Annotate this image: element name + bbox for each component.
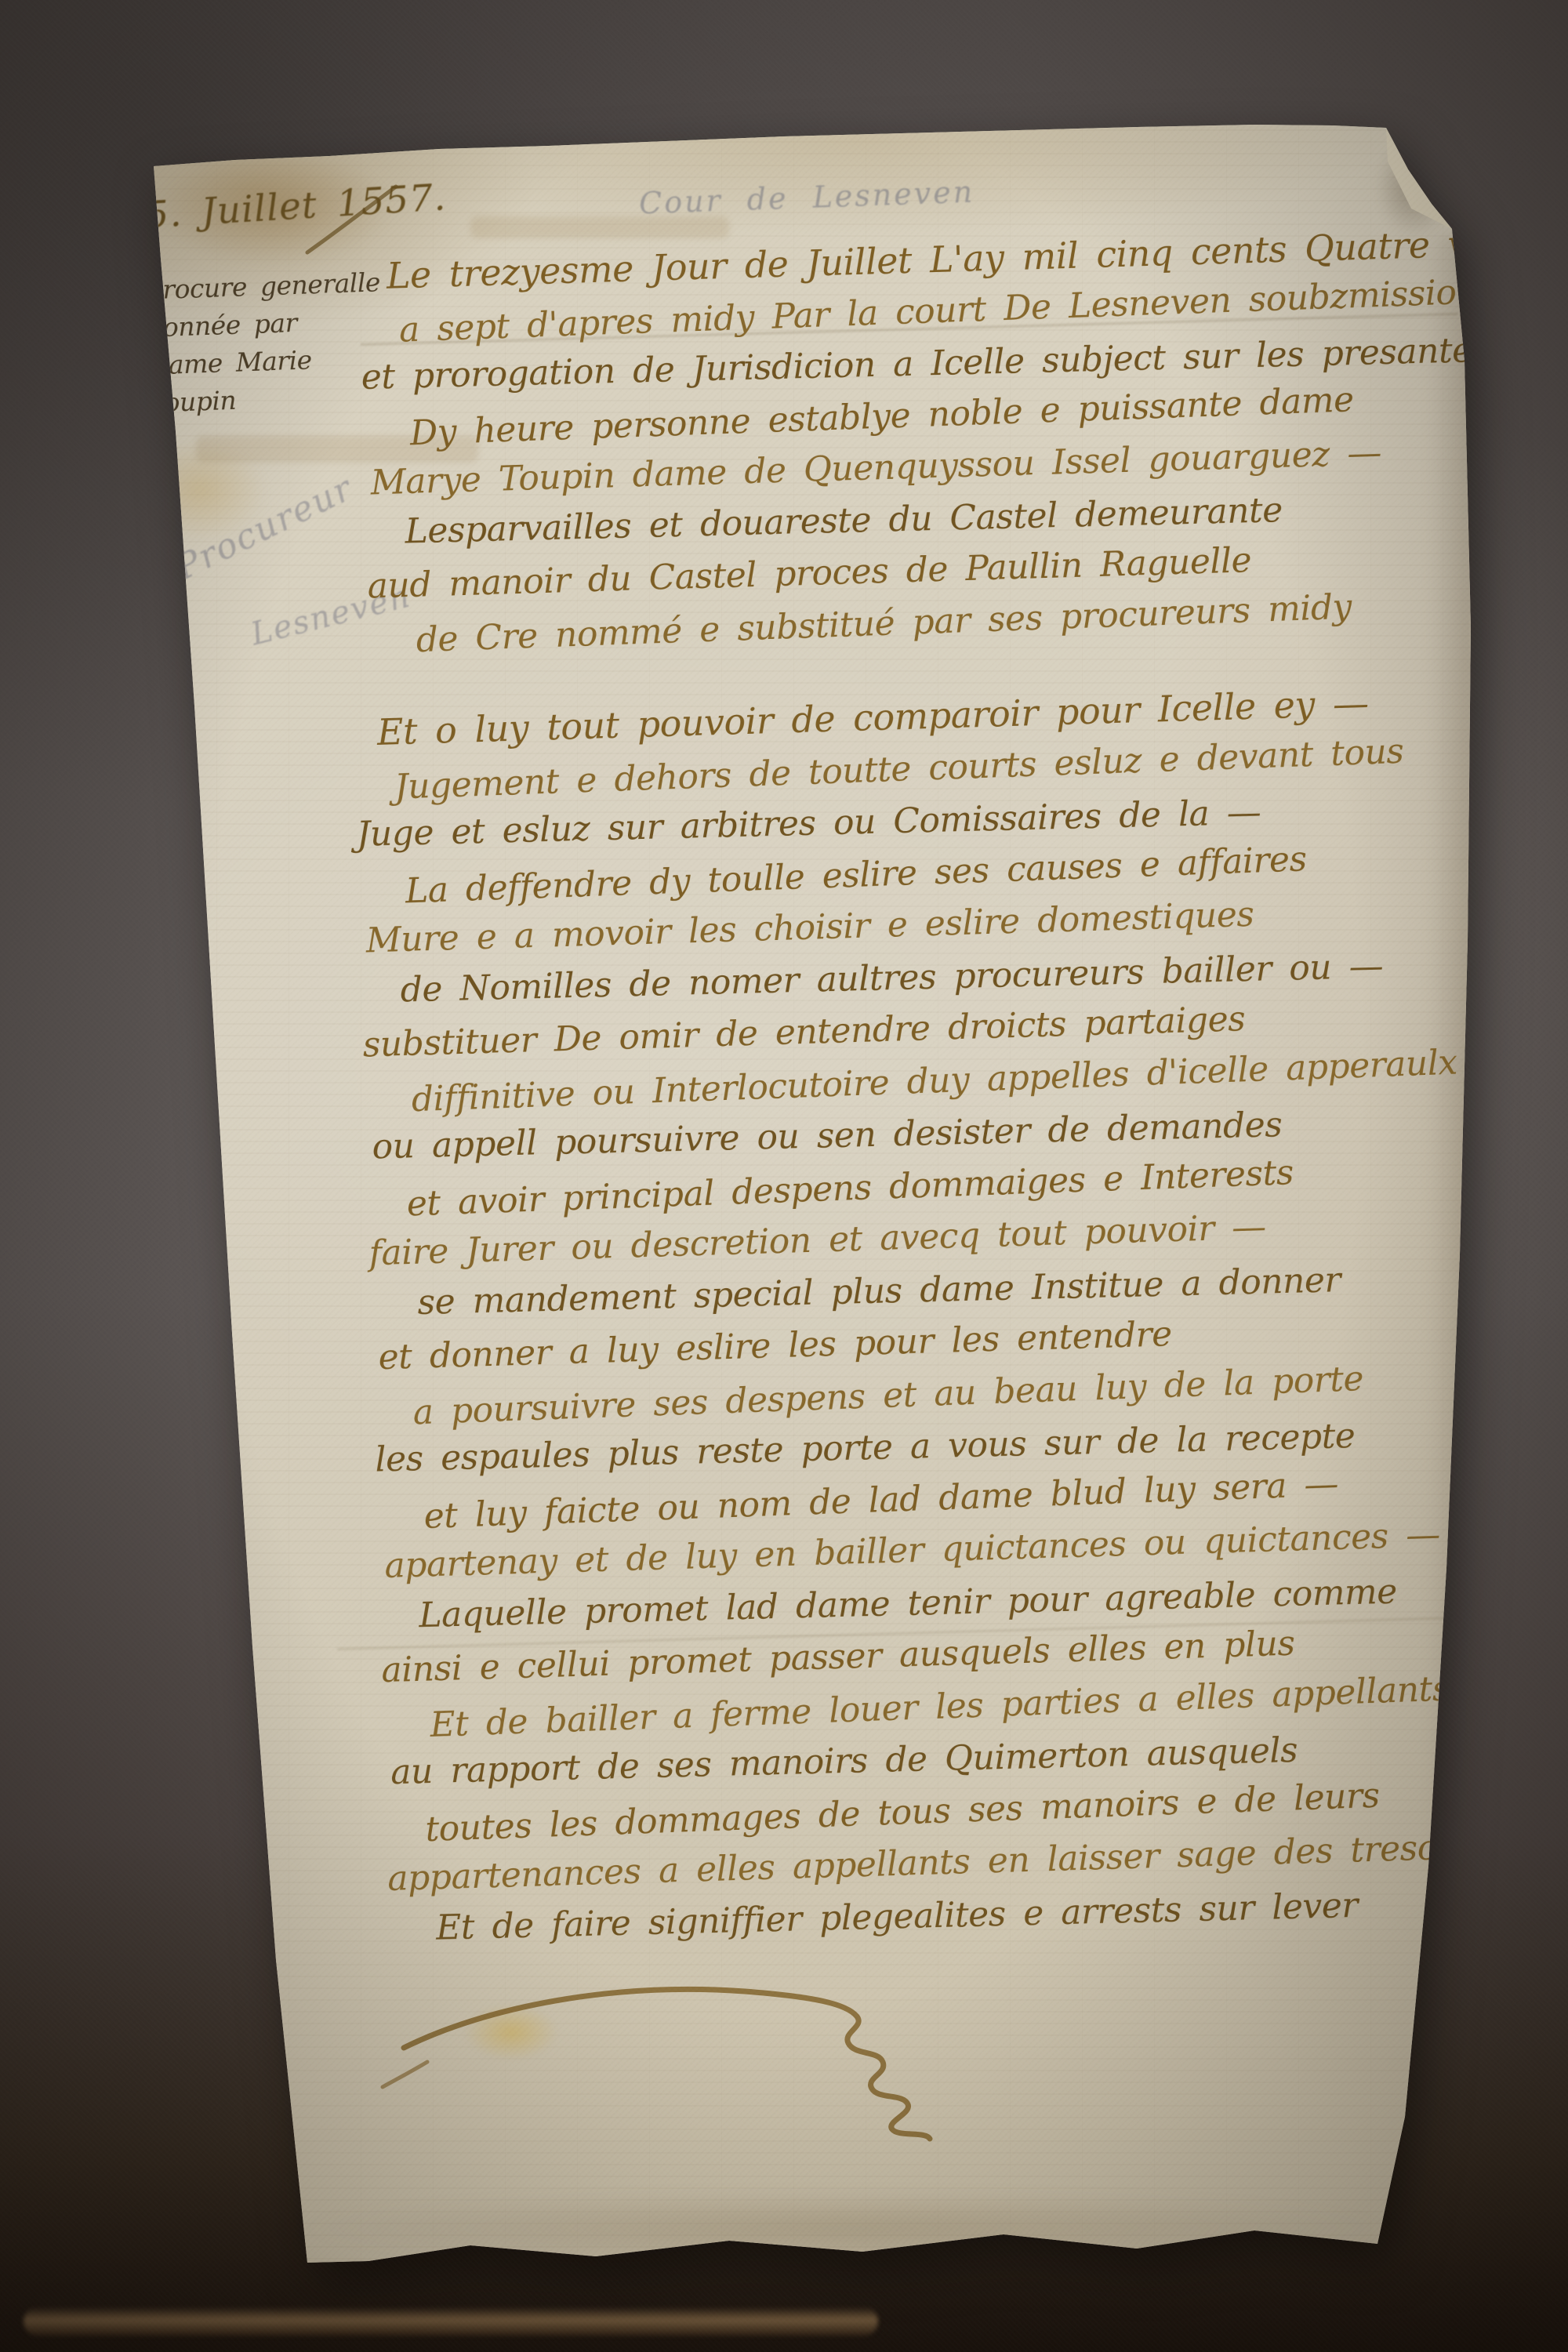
paragraph-opening: Le trezyesme Jour de Juillet L'ay mil ci… xyxy=(354,216,1526,665)
paragraph-body: Et o luy tout pouvoir de comparoir pour … xyxy=(350,673,1563,1958)
edge-shade xyxy=(298,2192,1396,2264)
ink-bleedthrough xyxy=(470,216,729,238)
manuscript-page: Cour de Lesneven 5. Juillet 1557. Procur… xyxy=(0,0,1568,2352)
archival-pencil-note: Cour de Lesneven xyxy=(638,175,975,221)
faded-pencil-word: Procureur xyxy=(169,468,359,588)
date-heading: 5. Juillet 1557. xyxy=(144,176,448,237)
ink-blot xyxy=(464,2004,558,2060)
photo-backdrop: Cour de Lesneven 5. Juillet 1557. Procur… xyxy=(0,0,1568,2352)
paper-shadow-wrap: Cour de Lesneven 5. Juillet 1557. Procur… xyxy=(0,0,1568,2352)
